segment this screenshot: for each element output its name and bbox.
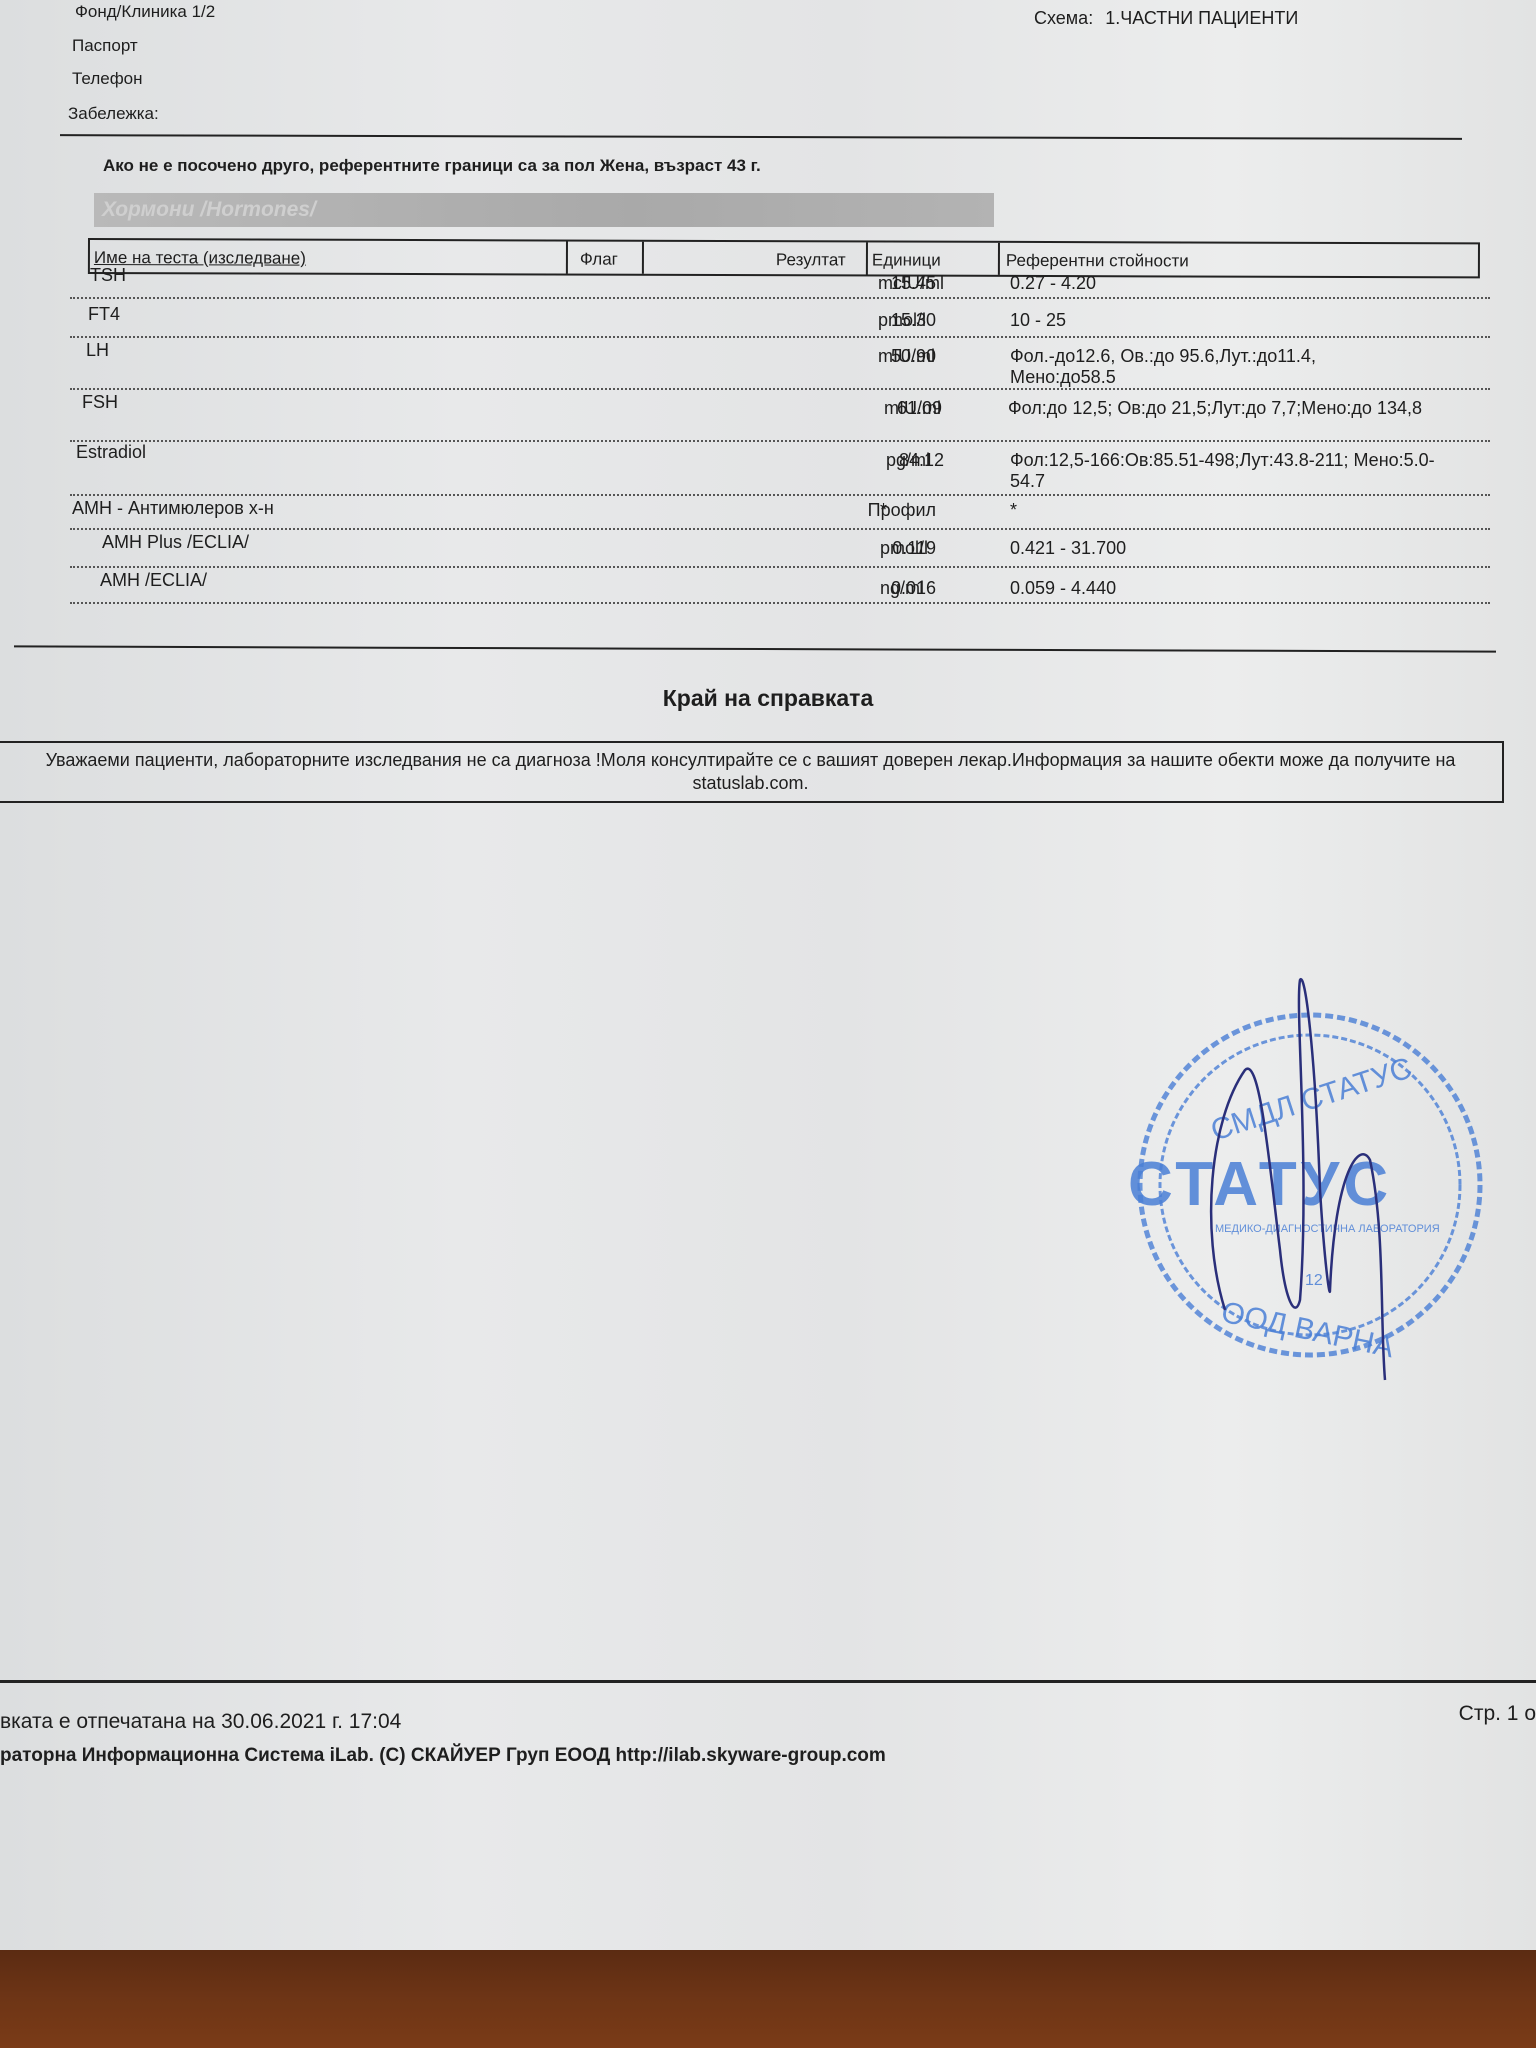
disclaimer-box: Уважаеми пациенти, лабораторните изследв… bbox=[0, 741, 1504, 803]
printed-timestamp: вката е отпечатана на 30.06.2021 г. 17:0… bbox=[0, 1710, 401, 1734]
test-reference: 0.421 - 31.700 bbox=[1010, 538, 1480, 559]
table-row: Estradiol 84.12 pg/ml Фол:12,5-166:Ов:85… bbox=[70, 442, 1490, 496]
row-divider bbox=[70, 297, 1490, 299]
table-row: LH 50.90 mIU/ml Фол.-до12.6, Ов.:до 95.6… bbox=[70, 338, 1490, 390]
test-reference: Фол:до 12,5; Ов:до 21,5;Лут:до 7,7;Мено:… bbox=[1008, 398, 1458, 419]
section-header-band: Хормони /Hormones/ bbox=[94, 193, 994, 227]
stamp-logo-text: СТАТУС bbox=[1128, 1150, 1392, 1219]
test-name: AMH Plus /ECLIA/ bbox=[102, 532, 249, 553]
lab-stamp-icon: СМДЛ СТАТУС СТАТУС МЕДИКО-ДИАГНОСТИЧНА Л… bbox=[1120, 970, 1500, 1390]
test-name: AMH /ECLIA/ bbox=[100, 570, 207, 591]
test-reference: 10 - 25 bbox=[1010, 310, 1480, 331]
phone-label: Телефон bbox=[72, 69, 143, 89]
table-row: TSH 15.45 mcIU/ml 0.27 - 4.20 bbox=[70, 265, 1490, 299]
test-name: AMH - Антимюлеров х-н bbox=[72, 498, 274, 519]
system-credit: раторна Информационна Система iLab. (С) … bbox=[0, 1745, 886, 1767]
stamp-subtitle: МЕДИКО-ДИАГНОСТИЧНА ЛАБОРАТОРИЯ bbox=[1215, 1223, 1440, 1235]
wooden-desk-background bbox=[0, 1950, 1536, 2048]
test-units: mIU/ml bbox=[884, 398, 941, 419]
test-units: pmol/l bbox=[880, 538, 928, 559]
stamp-number: 12 bbox=[1305, 1272, 1323, 1289]
test-reference: Фол:12,5-166:Ов:85.51-498;Лут:43.8-211; … bbox=[1010, 450, 1450, 492]
reference-note: Ако не е посочено друго, референтните гр… bbox=[103, 156, 761, 176]
section-title: Хормони /Hormones/ bbox=[102, 198, 316, 222]
test-name: FSH bbox=[82, 392, 118, 413]
scheme: Схема:1.ЧАСТНИ ПАЦИЕНТИ bbox=[1034, 8, 1298, 29]
test-name: FT4 bbox=[88, 304, 120, 325]
test-name: Estradiol bbox=[76, 442, 146, 463]
test-name: TSH bbox=[90, 265, 126, 286]
table-row: FT4 15.30 pmol/l 10 - 25 bbox=[70, 300, 1490, 338]
test-units: pmol/l bbox=[878, 310, 926, 331]
test-units: mIU/ml bbox=[878, 346, 935, 367]
scheme-value: 1.ЧАСТНИ ПАЦИЕНТИ bbox=[1105, 8, 1298, 28]
test-name: LH bbox=[86, 340, 109, 361]
row-divider bbox=[70, 602, 1490, 604]
page-number: Стр. 1 о bbox=[1459, 1702, 1536, 1726]
stamp-top-text: СМДЛ СТАТУС bbox=[1207, 1051, 1416, 1147]
table-row: AMH Plus /ECLIA/ 0.119 pmol/l 0.421 - 31… bbox=[70, 530, 1490, 568]
scheme-label: Схема: bbox=[1034, 8, 1093, 28]
fund-clinic-label: Фонд/Клиника 1/2 bbox=[75, 2, 215, 22]
test-units: * bbox=[880, 500, 887, 521]
test-reference: * bbox=[1010, 500, 1480, 521]
test-reference: 0.059 - 4.440 bbox=[1010, 578, 1480, 599]
test-reference: 0.27 - 4.20 bbox=[1010, 273, 1480, 294]
test-reference: Фол.-до12.6, Ов.:до 95.6,Лут.:до11.4, Ме… bbox=[1010, 346, 1410, 388]
test-units: pg/ml bbox=[886, 450, 930, 471]
footer-divider bbox=[0, 1680, 1536, 1683]
test-result: Профил bbox=[868, 500, 936, 521]
remark-label: Забележка: bbox=[68, 104, 159, 124]
test-units: mcIU/ml bbox=[878, 273, 944, 294]
table-row: AMH /ECLIA/ 0.016 ng/ml 0.059 - 4.440 bbox=[70, 568, 1490, 604]
table-row: AMH - Антимюлеров х-н Профил * * bbox=[70, 496, 1490, 530]
test-units: ng/ml bbox=[880, 578, 924, 599]
end-of-report-title: Край на справката bbox=[0, 685, 1536, 712]
table-row: FSH 61.09 mIU/ml Фол:до 12,5; Ов:до 21,5… bbox=[70, 390, 1490, 442]
passport-label: Паспорт bbox=[72, 36, 138, 56]
